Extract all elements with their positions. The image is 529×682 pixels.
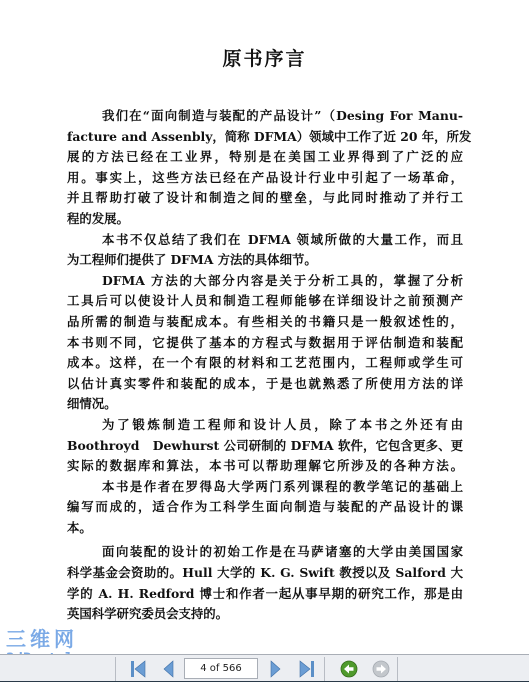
- text-line: 科学基金会资助的。Hull 大学的 K. G. Swift 教授以及 Salfo…: [67, 563, 463, 584]
- next-page-button[interactable]: [266, 659, 286, 679]
- text-line: 为工程师们提供了 DFMA 方法的具体细节。: [67, 250, 463, 271]
- text-line: 品所需的制造与装配成本。有些相关的书籍只是一般叙述性的，: [67, 312, 463, 333]
- page-number-input[interactable]: [184, 658, 258, 679]
- back-arrow-icon: [340, 660, 358, 678]
- toolbar-separator: [324, 657, 325, 681]
- text-line: 面向装配的设计的初始工作是在马萨诸塞的大学由美国国家: [67, 542, 463, 563]
- next-page-icon: [270, 660, 282, 678]
- text-line: 本书不仅总结了我们在 DFMA 领域所做的大量工作，而且: [67, 230, 463, 251]
- previous-page-icon: [162, 660, 174, 678]
- text-line: 英国科学研究委员会支持的。: [67, 604, 463, 625]
- text-line: 为了锻炼制造工程师和设计人员，除了本书之外还有由: [67, 415, 463, 436]
- text-line: 实际的数据库和算法，本书可以帮助理解它所涉及的各种方法。: [67, 456, 463, 477]
- text-line: 本。: [67, 518, 463, 539]
- previous-page-button[interactable]: [158, 659, 178, 679]
- text-line: 程的发展。: [67, 209, 463, 230]
- document-page: 原书序言 我们在“面向制造与装配的产品设计”（Desing For Manu- …: [0, 0, 529, 654]
- text-line: 我们在“面向制造与装配的产品设计”（Desing For Manu-: [67, 106, 463, 127]
- text-line: 本书是作者在罗得岛大学两门系列课程的教学笔记的基础上: [67, 477, 463, 498]
- text-line: 学的 A. H. Redford 博士和作者一起从事早期的研究工作，那是由: [67, 584, 463, 605]
- navigation-toolbar: [0, 654, 529, 682]
- text-line: 用。事实上，这些方法已经在产品设计行业中引起了一场革命，: [67, 168, 463, 189]
- text-line: 细情况。: [67, 394, 463, 415]
- text-line: 编写而成的，适合作为工科学生面向制造与装配的产品设计的课: [67, 497, 463, 518]
- text-line: 工具后可以使设计人员和制造工程师能够在详细设计之前预测产: [67, 291, 463, 312]
- text-line: Boothroyd Dewhurst 公司研制的 DFMA 软件，它包含更多、更: [67, 436, 463, 457]
- pdf-viewer: 原书序言 我们在“面向制造与装配的产品设计”（Desing For Manu- …: [0, 0, 529, 682]
- text-line: 并且帮助打破了设计和制造之间的壁垒，与此同时推动了并行工: [67, 188, 463, 209]
- text-line: 以估计真实零件和装配的成本，于是也就熟悉了所使用方法的详: [67, 374, 463, 395]
- text-line: 本书则不同，它提供了基本的方程式与数据用于评估制造和装配: [67, 333, 463, 354]
- document-body: 我们在“面向制造与装配的产品设计”（Desing For Manu- factu…: [67, 106, 463, 625]
- last-page-icon: [299, 660, 315, 678]
- back-button[interactable]: [339, 659, 359, 679]
- forward-button[interactable]: [371, 659, 391, 679]
- text-line: 展的方法已经在工业界，特别是在美国工业界得到了广泛的应: [67, 147, 463, 168]
- text-line: facture and Assenbly，简称 DFMA）领域中工作了近 20 …: [67, 127, 463, 148]
- page-title: 原书序言: [0, 44, 529, 71]
- toolbar-separator: [397, 657, 398, 681]
- first-page-icon: [130, 660, 146, 678]
- forward-arrow-icon: [372, 660, 390, 678]
- toolbar-separator: [115, 657, 116, 681]
- first-page-button[interactable]: [128, 659, 148, 679]
- last-page-button[interactable]: [297, 659, 317, 679]
- text-line: 成本。这样，在一个有限的材料和工艺范围内，工程师或学生可: [67, 353, 463, 374]
- text-line: DFMA 方法的大部分内容是关于分析工具的，掌握了分析: [67, 271, 463, 292]
